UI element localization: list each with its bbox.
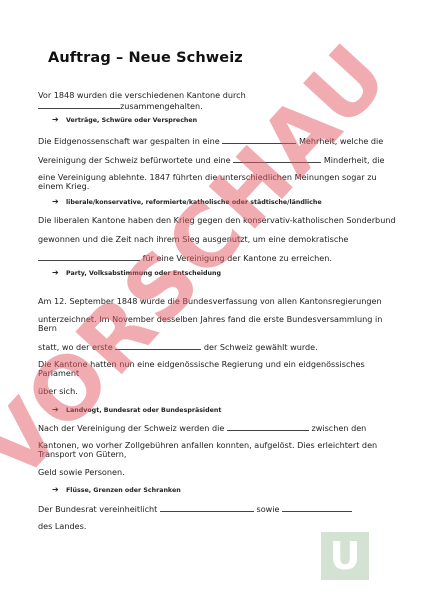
text-line: Bern [38,323,57,333]
arrow-right-icon: ➔ [52,485,61,494]
text-line: Nach der Vereinigung der Schweiz werden … [38,422,366,433]
text-line: Geld sowie Personen. [38,467,125,477]
blank-field[interactable] [222,135,296,144]
text-line: unterzeichnet. Im November desselben Jah… [38,314,382,324]
worksheet-page: Auftrag – Neue Schweiz Vor 1848 wurden d… [0,0,424,600]
text-line: Vereinigung der Schweiz befürwortete und… [38,154,385,165]
arrow-right-icon: ➔ [52,268,61,277]
hint-item: ➔Flüsse, Grenzen oder Schranken [52,485,181,495]
page-title: Auftrag – Neue Schweiz [48,50,243,66]
arrow-right-icon: ➔ [52,115,61,124]
text-line: gewonnen und die Zeit nach ihrem Sieg au… [38,234,348,244]
blank-field[interactable] [233,154,321,163]
text-line: Am 12. September 1848 wurde die Bundesve… [38,296,382,306]
text-line: Die liberalen Kantone haben den Krieg ge… [38,215,396,225]
text-line: des Landes. [38,521,86,531]
blank-field[interactable] [115,341,201,350]
blank-field[interactable] [38,252,140,261]
blank-field[interactable] [282,503,352,512]
blank-field[interactable] [38,100,120,109]
text-line: Transport von Gütern, [38,449,126,459]
text-line: für eine Vereinigung der Kantone zu erre… [38,252,332,263]
hint-item: ➔Landvogt, Bundesrat oder Bundespräsiden… [52,405,221,415]
text-line: Die Eidgenossenschaft war gespalten in e… [38,135,383,146]
text-line: Parlament [38,368,79,378]
text-line: Die Kantone hatten nun eine eidgenössisc… [38,359,365,369]
text-line: Der Bundesrat vereinheitlicht sowie [38,503,352,514]
text-line: über sich. [38,386,78,396]
text-line: einem Krieg. [38,181,89,191]
hint-item: ➔liberale/konservative, reformierte/kath… [52,197,322,207]
brand-logo: U [321,532,369,580]
blank-field[interactable] [160,503,254,512]
text-line: statt, wo der erste der Schweiz gewählt … [38,341,318,352]
arrow-right-icon: ➔ [52,405,61,414]
arrow-right-icon: ➔ [52,197,61,206]
hint-item: ➔Party, Volksabstimmung oder Entscheidun… [52,268,221,278]
text-line: zusammengehalten. [38,100,203,111]
text-line: Vor 1848 wurden die verschiedenen Kanton… [38,90,246,100]
hint-item: ➔Verträge, Schwüre oder Versprechen [52,115,197,125]
blank-field[interactable] [227,422,309,431]
